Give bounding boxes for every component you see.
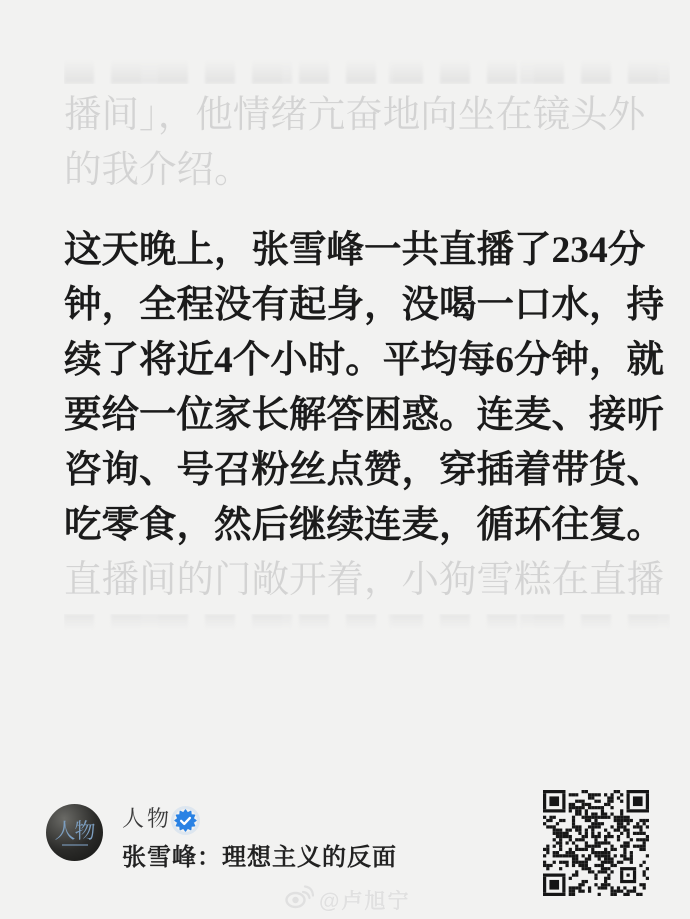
article-title: 张雪峰：理想主义的反面 [122,843,397,873]
faded-text-line: 直播间的门敞开着，小狗雪糕在直播 [64,553,670,608]
body-text-line: 吃零食，然后继续连麦，循环往复。 [64,498,670,553]
body-text-line: 这天晚上，张雪峰一共直播了234分 [64,223,670,278]
article-screenshot-card: 播间」，他情绪亢奋地向坐在镜头外 的我介绍。 这天晚上，张雪峰一共直播了234分… [0,0,690,919]
avatar-logo-text: 人物 [55,820,95,842]
account-name: 人物 [122,806,172,832]
watermark-handle: @卢旭宁 [319,885,410,915]
qr-code [543,790,649,896]
faded-text-line: 播间」，他情绪亢奋地向坐在镜头外 [64,88,670,143]
faded-bottom-paragraph: 直播间的门敞开着，小狗雪糕在直播 [64,553,670,608]
body-text-line: 续了将近4个小时。平均每6分钟，就 [64,333,670,388]
faded-clipped-text-line-top [64,58,670,84]
weibo-logo-icon [284,884,314,915]
body-text-line: 钟，全程没有起身，没喝一口水，持 [64,278,670,333]
avatar: 人物 [46,804,103,861]
faded-clipped-text-line-bottom [64,614,670,632]
avatar-logo-subline [62,844,88,846]
faded-top-paragraph: 播间」，他情绪亢奋地向坐在镜头外 的我介绍。 [64,88,670,198]
watermark: @卢旭宁 [284,884,410,915]
faded-text-line: 的我介绍。 [64,143,670,198]
main-paragraph: 这天晚上，张雪峰一共直播了234分 钟，全程没有起身，没喝一口水，持 续了将近4… [64,223,670,553]
body-text-line: 要给一位家长解答困惑。连麦、接听 [64,388,670,443]
verified-badge-icon [174,809,197,832]
body-text-line: 咨询、号召粉丝点赞，穿插着带货、 [64,443,670,498]
